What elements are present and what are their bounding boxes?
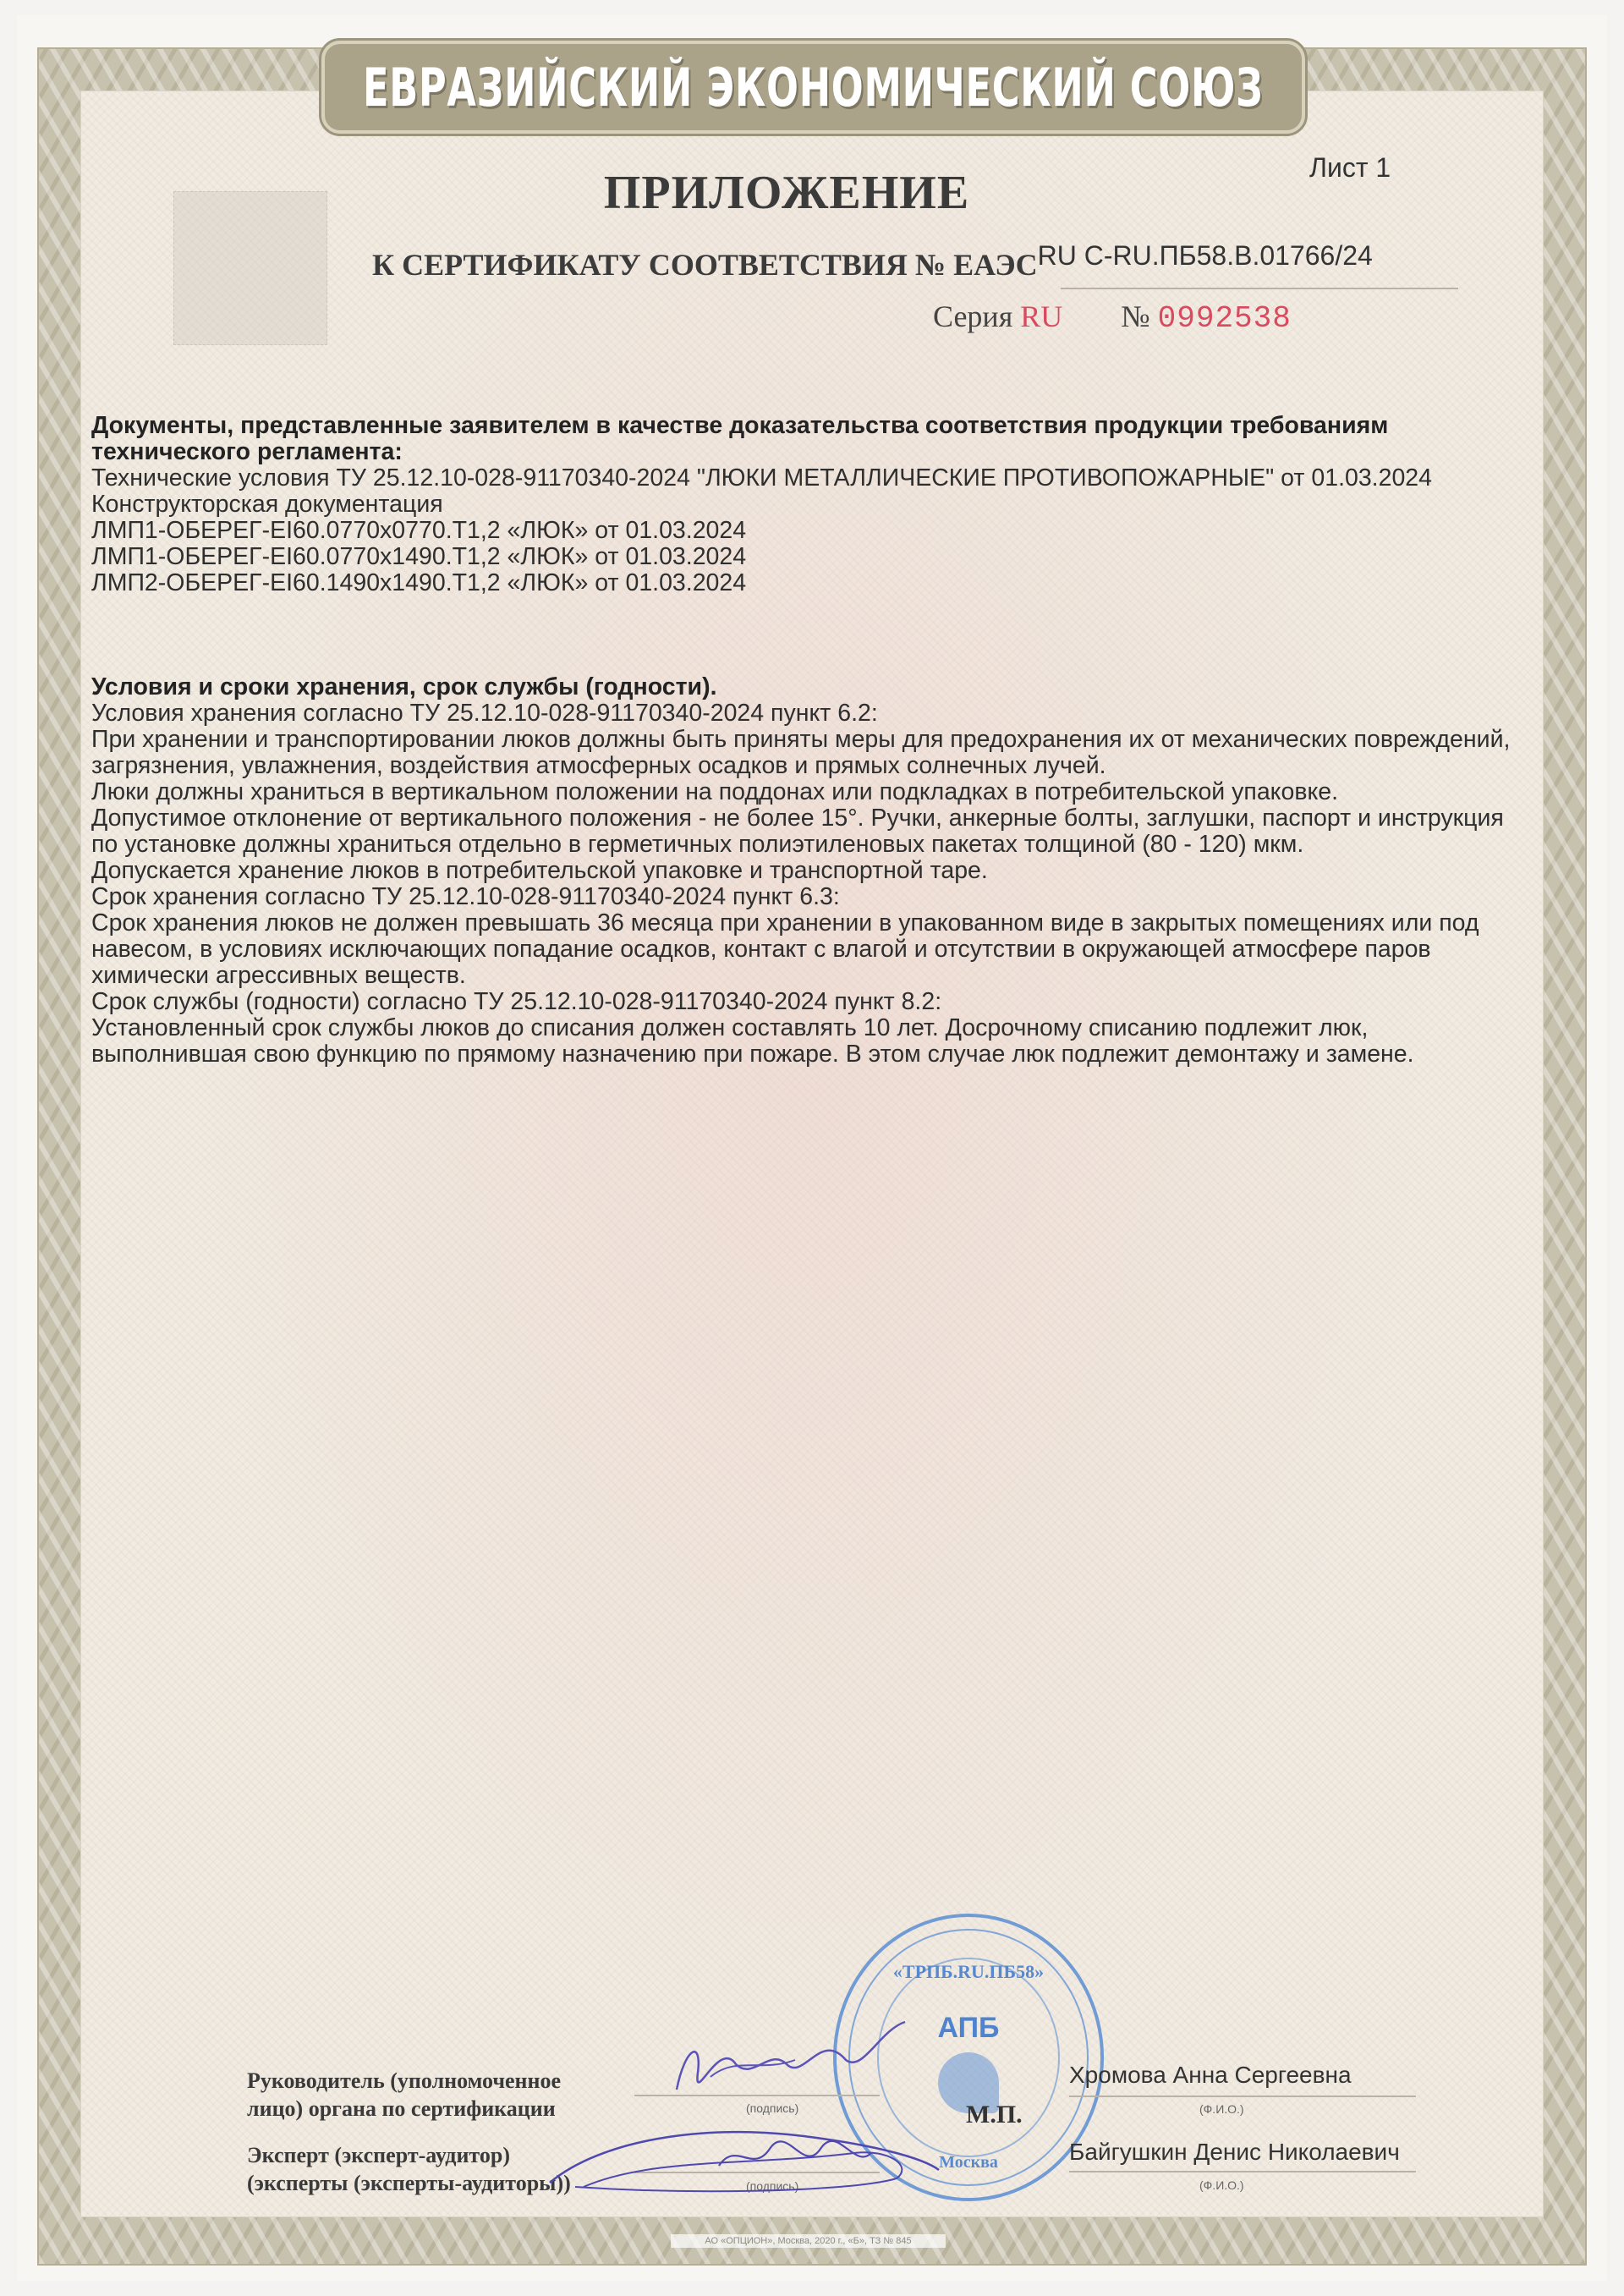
page-title: ПРИЛОЖЕНИЕ bbox=[604, 166, 969, 220]
document-body: Документы, представленные заявителем в к… bbox=[91, 413, 1529, 1068]
union-banner: ЕВРАЗИЙСКИЙ ЭКОНОМИЧЕСКИЙ СОЮЗ bbox=[321, 41, 1305, 134]
storage-line: Установленный срок службы люков до списа… bbox=[91, 1015, 1529, 1068]
head-label-line-1: Руководитель (уполномоченное bbox=[247, 2067, 561, 2095]
expert-name-line bbox=[1069, 2171, 1416, 2172]
head-label: Руководитель (уполномоченное лицо) орган… bbox=[247, 2067, 561, 2123]
series-line: Серия RU № 0992538 bbox=[933, 299, 1292, 336]
documents-heading: Документы, представленные заявителем в к… bbox=[91, 413, 1529, 465]
storage-line: Срок хранения люков не должен превышать … bbox=[91, 910, 1529, 989]
page-title-wrap: ПРИЛОЖЕНИЕ bbox=[0, 166, 1624, 220]
expert-signature-icon bbox=[533, 2106, 973, 2200]
expert-fio-caption: (Ф.И.О.) bbox=[1199, 2178, 1244, 2192]
printer-note: АО «ОПЦИОН», Москва, 2020 г., «Б», ТЗ № … bbox=[671, 2234, 946, 2248]
stamp-registry: «ТРПБ.RU.ПБ58» bbox=[837, 1961, 1100, 1983]
expert-label-line-2: (эксперты (эксперты-аудиторы)) bbox=[247, 2169, 571, 2197]
head-signature-icon bbox=[660, 2013, 930, 2106]
documents-line: ЛМП1-ОБЕРЕГ-EI60.0770х1490.Т1,2 «ЛЮК» от… bbox=[91, 544, 1529, 570]
storage-line: При хранении и транспортировании люков д… bbox=[91, 727, 1529, 779]
storage-line: Срок хранения согласно ТУ 25.12.10-028-9… bbox=[91, 884, 1529, 910]
storage-line: Условия хранения согласно ТУ 25.12.10-02… bbox=[91, 700, 1529, 727]
series-label: Серия bbox=[933, 299, 1012, 333]
certificate-label: К СЕРТИФИКАТУ СООТВЕТСТВИЯ № ЕАЭС bbox=[372, 248, 1038, 282]
head-label-line-2: лицо) органа по сертификации bbox=[247, 2095, 561, 2123]
storage-line: Люки должны храниться в вертикальном пол… bbox=[91, 779, 1529, 805]
certificate-underline bbox=[1061, 288, 1458, 289]
documents-line: Технические условия ТУ 25.12.10-028-9117… bbox=[91, 465, 1529, 492]
storage-line: Допустимое отклонение от вертикального п… bbox=[91, 805, 1529, 858]
head-name-line bbox=[1069, 2096, 1416, 2097]
expert-label-line-1: Эксперт (эксперт-аудитор) bbox=[247, 2141, 571, 2169]
section-gap bbox=[91, 596, 1529, 674]
storage-line: Срок службы (годности) согласно ТУ 25.12… bbox=[91, 989, 1529, 1015]
storage-line: Допускается хранение люков в потребитель… bbox=[91, 858, 1529, 884]
storage-heading: Условия и сроки хранения, срок службы (г… bbox=[91, 674, 1529, 700]
number-sign: № bbox=[1121, 299, 1149, 333]
expert-label: Эксперт (эксперт-аудитор) (эксперты (экс… bbox=[247, 2141, 571, 2197]
union-title: ЕВРАЗИЙСКИЙ ЭКОНОМИЧЕСКИЙ СОЮЗ bbox=[363, 57, 1264, 118]
head-fio-caption: (Ф.И.О.) bbox=[1199, 2102, 1244, 2116]
expert-name: Байгушкин Денис Николаевич bbox=[1069, 2139, 1400, 2166]
serial-number: 0992538 bbox=[1158, 301, 1292, 336]
documents-line: ЛМП2-ОБЕРЕГ-EI60.1490х1490.Т1,2 «ЛЮК» от… bbox=[91, 570, 1529, 596]
certificate-line: К СЕРТИФИКАТУ СООТВЕТСТВИЯ № ЕАЭСRU С-RU… bbox=[372, 247, 1373, 283]
paper-area bbox=[80, 91, 1544, 2217]
certificate-number: RU С-RU.ПБ58.В.01766/24 bbox=[1038, 240, 1373, 271]
seal-label: М.П. bbox=[966, 2101, 1023, 2129]
head-name: Хромова Анна Сергеевна bbox=[1069, 2062, 1352, 2089]
documents-line: Конструкторская документация bbox=[91, 492, 1529, 518]
series-value: RU bbox=[1020, 299, 1062, 333]
documents-line: ЛМП1-ОБЕРЕГ-EI60.0770х0770.Т1,2 «ЛЮК» от… bbox=[91, 518, 1529, 544]
